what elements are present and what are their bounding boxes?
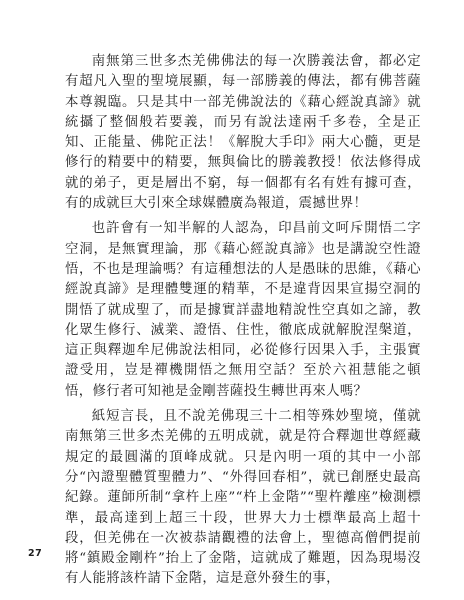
- document-page: 南無第三世多杰羌佛佛法的每一次勝義法會，都必定有超凡入聖的聖境展顯，每一部勝義的…: [0, 0, 464, 600]
- document-body: 南無第三世多杰羌佛佛法的每一次勝義法會，都必定有超凡入聖的聖境展顯，每一部勝義的…: [65, 52, 421, 595]
- paragraph-3: 紙短言長，且不說羌佛現三十二相等殊妙聖境，僅就南無第三世多杰羌佛的五明成就，就是…: [65, 407, 421, 590]
- page-number: 27: [28, 548, 42, 559]
- paragraph-2: 也許會有一知半解的人認為，印昌前文呵斥開悟二字空洞，是無實理論，那《藉心經說真諦…: [65, 219, 421, 402]
- paragraph-1: 南無第三世多杰羌佛佛法的每一次勝義法會，都必定有超凡入聖的聖境展顯，每一部勝義的…: [65, 52, 421, 214]
